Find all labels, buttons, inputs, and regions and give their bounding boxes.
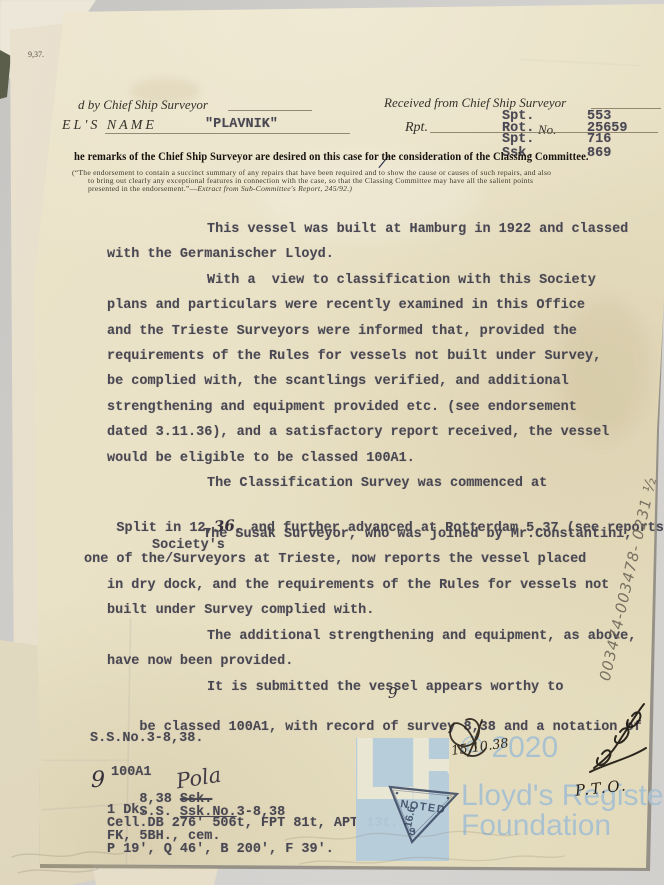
remarks-line: he remarks of the Chief Ship Surveyor ar… xyxy=(74,151,589,163)
body-line: This vessel was built at Hamburg in 1922… xyxy=(207,223,628,237)
body-line: be complied with, the scantlings verifie… xyxy=(107,375,569,389)
fine-print-line: presented in the endorsement.”—Extract f… xyxy=(88,185,352,193)
body-line: and the Trieste Surveyors were informed … xyxy=(107,325,577,339)
fine-print-reference: Extract from Sub-Committee's Report, 245… xyxy=(197,184,352,193)
paper-crease xyxy=(520,59,640,67)
no-label: No. xyxy=(538,122,556,138)
watermark-line1: Lloyd's Register xyxy=(461,779,664,813)
body-line: plans and particulars were recently exam… xyxy=(107,299,585,313)
body-line: It is submitted the vessel appears worth… xyxy=(207,681,563,695)
body-line: requirements of the Rules for vessels no… xyxy=(107,350,601,364)
signature-scribble xyxy=(572,698,652,783)
interline-insert: Society's xyxy=(152,539,225,553)
body-line: have now been provided. xyxy=(107,655,293,669)
body-line: one of the/Surveyors at Trieste, now rep… xyxy=(84,553,586,567)
handwritten-9: 9 xyxy=(91,768,105,793)
body-line: With a view to classification with this … xyxy=(207,274,596,288)
fine-print-text: presented in the endorsement.”— xyxy=(88,184,197,193)
endorsed-by-label: d by Chief Ship Surveyor xyxy=(78,97,208,113)
scanned-document-page: 9,37. d by Chief Ship Surveyor Received … xyxy=(0,0,664,885)
ref-label: Spt. xyxy=(502,133,534,147)
vessel-name-label: EL'S NAME xyxy=(62,118,157,134)
received-from-label: Received from Chief Ship Surveyor xyxy=(384,95,566,111)
body-line: S.S.No.3-8,38. xyxy=(90,732,203,746)
form-corner-note: 9,37. xyxy=(28,50,44,59)
rpt-label: Rpt. xyxy=(405,120,428,136)
faint-pencil-scribbles xyxy=(280,826,570,878)
notation-line: 100A1 xyxy=(111,766,152,780)
vessel-name-value: "PLAVNIK" xyxy=(205,118,278,132)
body-line: dated 3.11.36), and a satisfactory repor… xyxy=(107,426,609,440)
rule-line xyxy=(228,110,312,111)
paper-stain xyxy=(560,300,650,440)
ref-value: 716 xyxy=(587,133,611,147)
body-line: built under Survey complied with. xyxy=(107,604,374,618)
body-text: Split in 12, xyxy=(116,521,213,536)
body-line: The Susak Surveyor, who was joined by Mr… xyxy=(203,528,632,542)
body-line: with the Germanischer Lloyd. xyxy=(107,248,334,262)
rule-line xyxy=(105,133,350,134)
ref-value: 869 xyxy=(587,147,611,161)
paper-crease xyxy=(42,760,130,762)
body-line: The additional strengthening and equipme… xyxy=(207,630,636,644)
body-line: in dry dock, and the requirements of the… xyxy=(107,579,609,593)
faint-pencil-scribbles xyxy=(8,845,128,883)
handwritten-correction-9: 9 xyxy=(388,684,398,702)
body-line: strengthening and equipment provided etc… xyxy=(107,401,577,415)
body-line: would be eligible to be classed 100A1. xyxy=(107,452,415,466)
body-line: The Classification Survey was commenced … xyxy=(207,477,547,491)
